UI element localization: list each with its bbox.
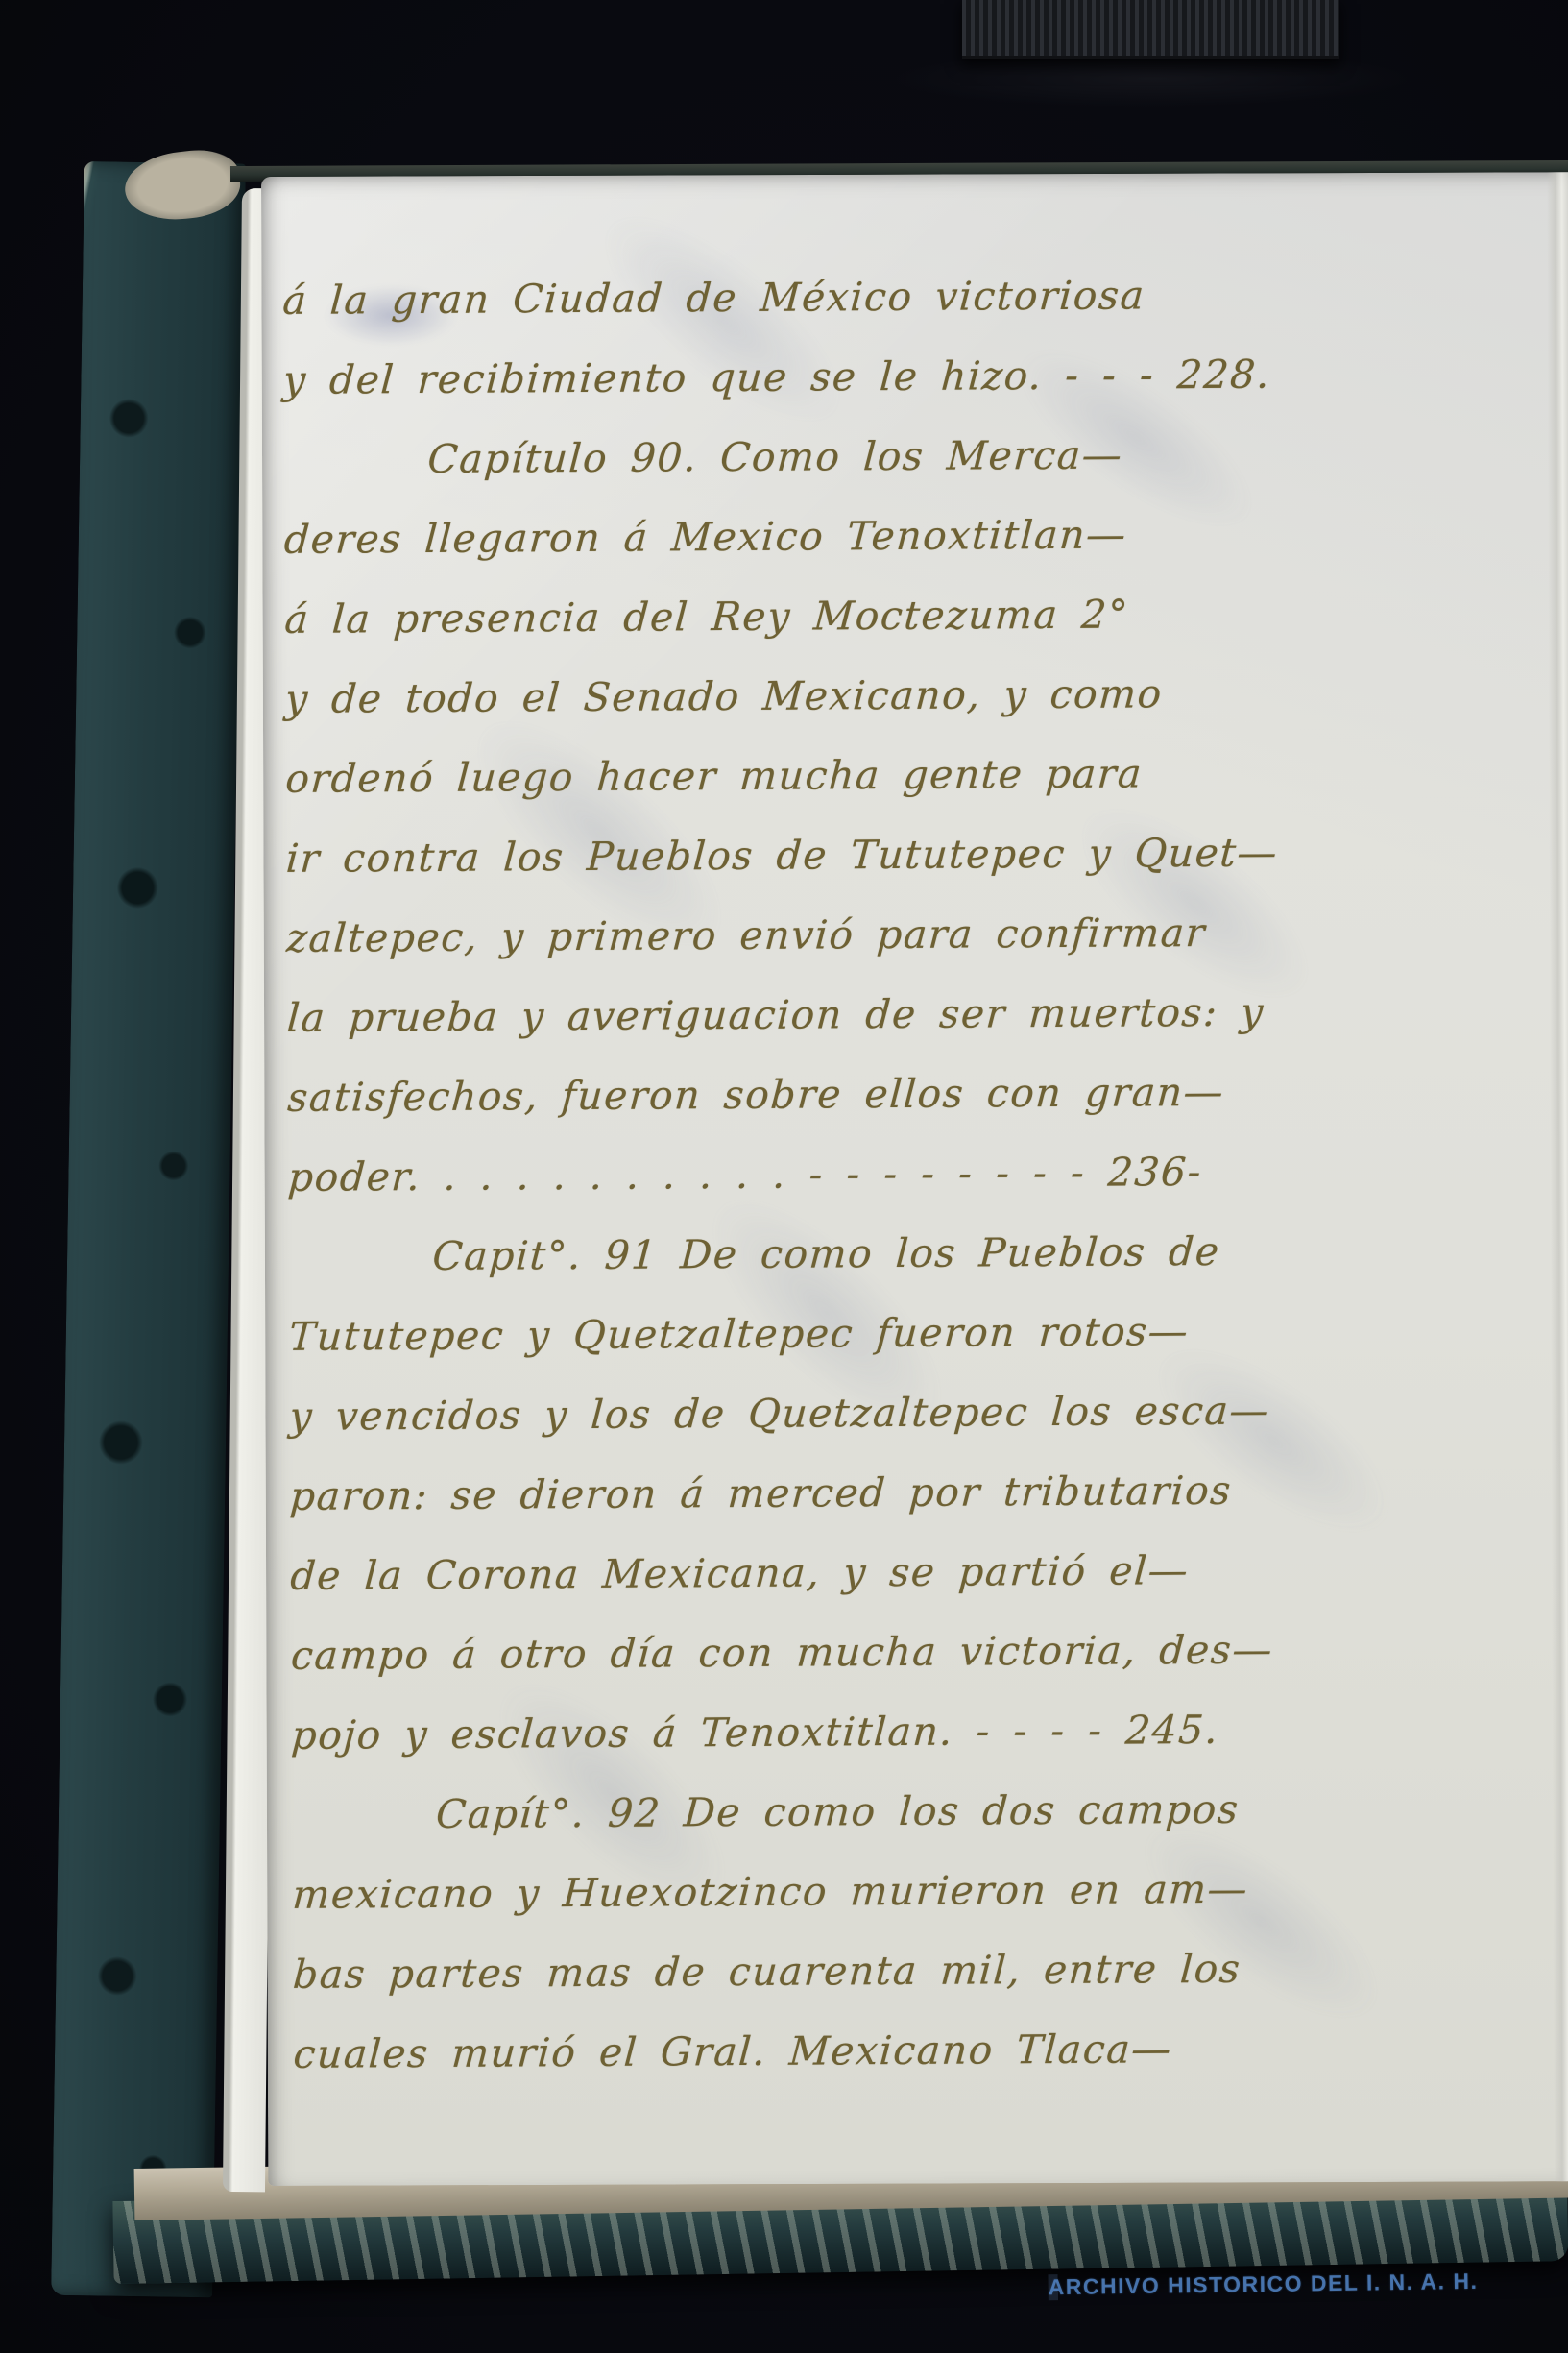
manuscript-line: mexicano y Huexotzinco murieron en am—	[290, 1848, 1514, 1935]
manuscript-line: campo á otro día con mucha victoria, des…	[288, 1609, 1512, 1696]
fabric-strap	[962, 0, 1339, 59]
manuscript-line: bas partes mas de cuarenta mil, entre lo…	[290, 1928, 1514, 2015]
manuscript-line: cuales murió el Gral. Mexicano Tlaca—	[291, 2007, 1515, 2095]
manuscript-line: Capit°. 91 De como los Pueblos de	[286, 1210, 1510, 1298]
manuscript-line: paron: se dieron á merced por tributario…	[287, 1449, 1511, 1537]
manuscript-line: ir contra los Pueblos de Tututepec y Que…	[283, 812, 1508, 899]
manuscript-line: satisfechos, fueron sobre ellos con gran…	[285, 1051, 1509, 1138]
archive-stamp: ARCHIVO HISTORICO DEL I. N. A. H.	[1048, 2269, 1422, 2300]
manuscript-line: Capít°. 92 De como los dos campos	[289, 1768, 1513, 1856]
page-right-edge	[1547, 172, 1568, 2181]
manuscript-line: y del recibimiento que se le hizo. - - -…	[280, 333, 1505, 421]
manuscript-line: zaltepec, y primero envió para confirmar	[284, 891, 1508, 979]
fabric-strap-shadow	[893, 50, 1411, 108]
manuscript-line: deres llegaron á Mexico Tenoxtitlan—	[281, 493, 1506, 580]
manuscript-line: Capítulo 90. Como los Merca—	[281, 413, 1506, 500]
book-cover-marbled-edge	[51, 161, 246, 2297]
manuscript-line: poder. . . . . . . . . . . - - - - - - -…	[285, 1130, 1509, 1218]
manuscript-line: á la presencia del Rey Moctezuma 2°	[282, 572, 1507, 660]
manuscript-line: á la gran Ciudad de México victoriosa	[280, 254, 1505, 341]
manuscript-line: la prueba y averiguacion de ser muertos:…	[284, 971, 1508, 1058]
manuscript-line: pojo y esclavos á Tenoxtitlan. - - - - 2…	[289, 1688, 1513, 1776]
handwritten-text-block: á la gran Ciudad de México victoriosay d…	[282, 254, 1513, 2095]
manuscript-line: de la Corona Mexicana, y se partió el—	[288, 1529, 1512, 1616]
manuscript-line: y vencidos y los de Quetzaltepec los esc…	[287, 1370, 1511, 1457]
manuscript-line: y de todo el Senado Mexicano, y como	[282, 652, 1507, 740]
manuscript-line: ordenó luego hacer mucha gente para	[283, 732, 1508, 819]
manuscript-line: Tututepec y Quetzaltepec fueron rotos—	[286, 1290, 1510, 1377]
